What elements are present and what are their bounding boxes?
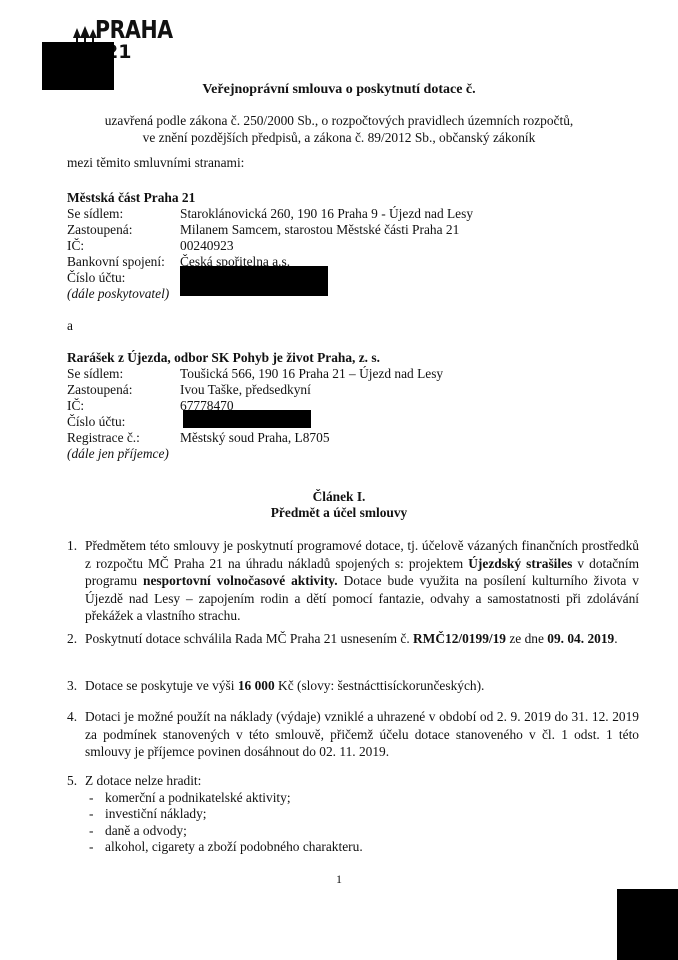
resolution-date: 09. 04. 2019 bbox=[547, 631, 614, 646]
resolution-number: RMČ12/0199/19 bbox=[413, 631, 506, 646]
recipient-registration: Městský soud Praha, L8705 bbox=[180, 430, 330, 446]
redaction-corner bbox=[617, 889, 678, 960]
intro-text: mezi těmito smluvními stranami: bbox=[67, 155, 244, 171]
list-item: komerční a podnikatelské aktivity; bbox=[67, 790, 639, 807]
clause-number: 1. bbox=[67, 537, 77, 555]
grant-amount: 16 000 bbox=[238, 678, 275, 693]
program-name: nesportovní volnočasové aktivity. bbox=[143, 573, 338, 588]
clause-text: Z dotace nelze hradit: bbox=[85, 772, 639, 790]
conjunction: a bbox=[67, 318, 73, 334]
recipient-name: Rarášek z Újezda, odbor SK Pohyb je živo… bbox=[67, 350, 380, 366]
provider-label: Zastoupená: bbox=[67, 222, 132, 238]
clause-text: Dotace se poskytuje ve výši bbox=[85, 678, 238, 693]
recipient-representative: Ivou Taške, předsedkyní bbox=[180, 382, 311, 398]
list-item: alkohol, cigarety a zboží podobného char… bbox=[67, 839, 639, 856]
clause-number: 3. bbox=[67, 677, 77, 695]
clause-4: 4. Dotaci je možné použít na náklady (vý… bbox=[67, 708, 639, 761]
list-item: investiční náklady; bbox=[67, 806, 639, 823]
provider-label: IČ: bbox=[67, 238, 84, 254]
article-number: Článek I. bbox=[0, 489, 678, 505]
clause-3: 3. Dotace se poskytuje ve výši 16 000 Kč… bbox=[67, 677, 639, 695]
recipient-label: Zastoupená: bbox=[67, 382, 132, 398]
recipient-label: Registrace č.: bbox=[67, 430, 140, 446]
recipient-role: (dále jen příjemce) bbox=[67, 446, 169, 462]
clause-number: 4. bbox=[67, 708, 77, 726]
provider-label: Číslo účtu: bbox=[67, 270, 125, 286]
redaction-recipient-account bbox=[183, 410, 311, 428]
recipient-label: Číslo účtu: bbox=[67, 414, 125, 430]
logo-text: PRAHA bbox=[95, 16, 173, 44]
project-name: Újezdský strašiles bbox=[468, 556, 572, 571]
clause-2: 2. Poskytnutí dotace schválila Rada MČ P… bbox=[67, 630, 639, 648]
recipient-address: Toušická 566, 190 16 Praha 21 – Újezd na… bbox=[180, 366, 443, 382]
subtitle-line-2: ve znění pozdějších předpisů, a zákona č… bbox=[0, 129, 678, 146]
provider-role: (dále poskytovatel) bbox=[67, 286, 169, 302]
provider-label: Bankovní spojení: bbox=[67, 254, 165, 270]
redaction-provider-account bbox=[180, 266, 328, 296]
provider-label: Se sídlem: bbox=[67, 206, 123, 222]
clause-5: 5. Z dotace nelze hradit: komerční a pod… bbox=[67, 772, 639, 856]
list-item: daně a odvody; bbox=[67, 823, 639, 840]
document-subtitle: uzavřená podle zákona č. 250/2000 Sb., o… bbox=[0, 112, 678, 146]
provider-name: Městská část Praha 21 bbox=[67, 190, 195, 206]
clause-text: ze dne bbox=[506, 631, 547, 646]
subtitle-line-1: uzavřená podle zákona č. 250/2000 Sb., o… bbox=[0, 112, 678, 129]
provider-representative: Milanem Samcem, starostou Městské části … bbox=[180, 222, 459, 238]
clause-number: 2. bbox=[67, 630, 77, 648]
document-title: Veřejnoprávní smlouva o poskytnutí dotac… bbox=[0, 82, 678, 98]
clause-1: 1. Předmětem této smlouvy je poskytnutí … bbox=[67, 537, 639, 625]
clause-text: Dotaci je možné použít na náklady (výdaj… bbox=[85, 708, 639, 761]
clause-text: Kč (slovy: šestnácttisíckorunčeských). bbox=[275, 678, 485, 693]
excluded-costs-list: komerční a podnikatelské aktivity; inves… bbox=[67, 790, 639, 856]
clause-text: . bbox=[614, 631, 617, 646]
provider-address: Staroklánovická 260, 190 16 Praha 9 - Új… bbox=[180, 206, 473, 222]
page-number: 1 bbox=[0, 872, 678, 887]
clause-text: Poskytnutí dotace schválila Rada MČ Prah… bbox=[85, 631, 413, 646]
article-title: Předmět a účel smlouvy bbox=[0, 505, 678, 521]
recipient-label: IČ: bbox=[67, 398, 84, 414]
recipient-label: Se sídlem: bbox=[67, 366, 123, 382]
provider-ic: 00240923 bbox=[180, 238, 234, 254]
clause-number: 5. bbox=[67, 772, 77, 790]
